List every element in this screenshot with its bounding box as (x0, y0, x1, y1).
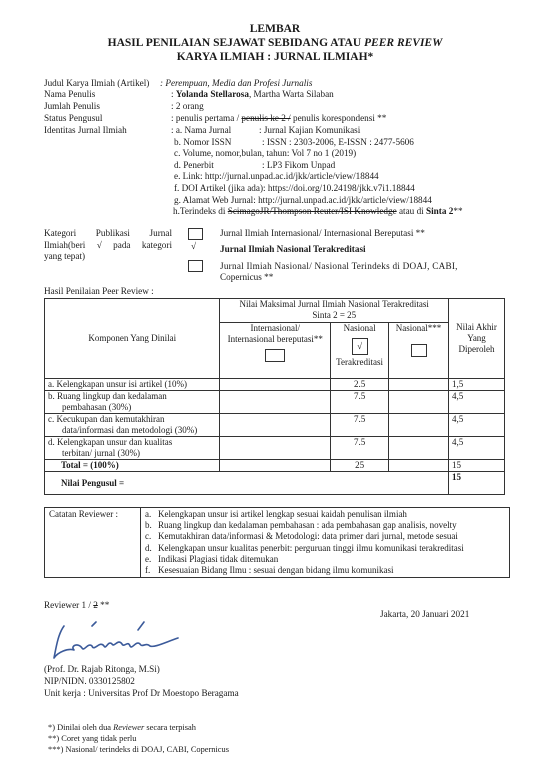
status-label: Status Pengusul (44, 113, 102, 125)
score-cell-nas: 7.5 (331, 437, 389, 460)
national-indexed-checkbox[interactable] (411, 344, 427, 357)
reviewer-nip: NIP/NIDN. 0330125802 (44, 676, 135, 688)
component-cell: d. Kelengkapan unsur dan kualitasterbita… (45, 437, 220, 460)
reviewer-name: (Prof. Dr. Rajab Ritonga, M.Si) (44, 664, 160, 676)
score-cell-final: 1,5 (449, 379, 505, 391)
review-heading: Hasil Penilaian Peer Review : (44, 286, 154, 298)
category-option-international: Jurnal Ilmiah Internasional/ Internasion… (220, 228, 425, 240)
jurnal-label: Identitas Jurnal Ilmiah (44, 125, 127, 137)
header-final-score: Nilai AkhirYangDiperoleh (449, 299, 505, 379)
jurnal-identity-value: : https://doi.org/10.24198/jkk.v7i1.1884… (263, 183, 415, 195)
footnote-1: *) Dinilai oleh dua Reviewer secara terp… (48, 723, 196, 734)
jurnal-identity-value: : Vol 7 no 1 (2019) (287, 148, 356, 160)
penulis-label: Nama Penulis (44, 89, 95, 101)
reviewer-unit: Unit kerja : Universitas Prof Dr Moestop… (44, 688, 239, 700)
jurnal-identity-value: : LP3 Fikom Unpad (262, 160, 335, 172)
jurnal-identity-key: c. Volume, nomor,bulan, tahun (171, 148, 287, 160)
footnote-2: **) Coret yang tidak perlu (48, 734, 136, 745)
category-option-national-accredited: Jurnal Ilmiah Nasional Terakreditasi (220, 244, 366, 256)
header-national-indexed: Nasional*** (389, 323, 449, 379)
status-value: : penulis pertama / penulis ke 2 / penul… (171, 113, 386, 125)
jurnal-identity-key: e. Link (171, 171, 200, 183)
footnote-3: ***) Nasional/ terindeks di DOAJ, CABI, … (48, 745, 229, 756)
header-component: Komponen Yang Dinilai (45, 299, 220, 379)
intl-checkbox[interactable] (265, 349, 285, 362)
jurnal-identity-key: g. Alamat Web Jurnal (171, 195, 253, 207)
category-checkbox-national-indexed[interactable] (188, 259, 203, 277)
score-cell-nas3 (389, 414, 449, 437)
jurnal-identity-item: d. Penerbit: LP3 Fikom Unpad (171, 160, 432, 172)
place-date: Jakarta, 20 Januari 2021 (380, 609, 469, 621)
jurnal-identity-item: e. Link : http://jurnal.unpad.ac.id/jkk/… (171, 171, 432, 183)
header-national: Nasional√Terakreditasi (331, 323, 389, 379)
score-cell-nas3 (389, 437, 449, 460)
note-item: d.Kelengkapan unsur kualitas penerbit: p… (145, 543, 505, 554)
jurnal-identity-value: : http://jurnal.unpad.ac.id/jkk/article/… (253, 195, 432, 207)
component-cell: b. Ruang lingkup dan kedalamanpembahasan… (45, 391, 220, 414)
category-option-national-indexed: Jurnal Ilmiah Nasional/ Nasional Terinde… (220, 261, 458, 273)
score-cell-nas: 2.5 (331, 379, 389, 391)
doc-title-line2: HASIL PENILAIAN SEJAWAT SEBIDANG ATAU PE… (0, 36, 550, 50)
score-cell-intl (220, 437, 331, 460)
jurnal-identity-key: : a. Nama Jurnal (171, 125, 259, 137)
score-cell-nas: 7.5 (331, 414, 389, 437)
category-check-national-accredited[interactable]: √ (191, 241, 196, 253)
signature-image (50, 618, 185, 663)
reviewer-number: Reviewer 1 / 2 ** (44, 600, 109, 612)
national-checkbox[interactable]: √ (352, 338, 368, 355)
jurnal-identity-item: : a. Nama Jurnal: Jurnal Kajian Komunika… (171, 125, 432, 137)
penulis-value: : Yolanda Stellarosa, Martha Warta Silab… (171, 89, 334, 101)
note-item: a.Kelengkapan unsur isi artikel lengkap … (145, 509, 505, 520)
score-cell-intl (220, 414, 331, 437)
score-cell-intl (220, 391, 331, 414)
score-cell-nas3 (389, 391, 449, 414)
component-cell: c. Kecukupan dan kemutakhirandata/inform… (45, 414, 220, 437)
jurnal-identity-item: f. DOI Artikel (jika ada): https://doi.o… (171, 183, 432, 195)
doc-title-line3: KARYA ILMIAH : JURNAL ILMIAH* (0, 50, 550, 64)
jurnal-identity-key: f. DOI Artikel (jika ada) (171, 183, 263, 195)
jumlah-label: Jumlah Penulis (44, 101, 100, 113)
header-max-score: Nilai Maksimal Jurnal Ilmiah Nasional Te… (220, 299, 449, 323)
category-option-national-indexed-2: Copernicus ** (220, 272, 273, 284)
component-cell: a. Kelengkapan unsur isi artikel (10%) (45, 379, 220, 391)
indexed-line: h.Terindeks di ScimagoJR/Thompson Reuter… (173, 206, 463, 218)
note-item: b.Ruang lingkup dan kedalaman pembahasan… (145, 520, 505, 531)
jurnal-identity-key: d. Penerbit (171, 160, 262, 172)
total-label: Total = (100%) (45, 460, 220, 472)
jurnal-identity-value: : ISSN : 2303-2006, E-ISSN : 2477-5606 (262, 137, 414, 149)
table-row: c. Kecukupan dan kemutakhirandata/inform… (45, 414, 505, 437)
judul-value: : Perempuan, Media dan Profesi Jurnalis (160, 78, 312, 90)
jurnal-identity-item: c. Volume, nomor,bulan, tahun: Vol 7 no … (171, 148, 432, 160)
table-row: b. Ruang lingkup dan kedalamanpembahasan… (45, 391, 505, 414)
note-item: c.Kemutakhiran data/informasi & Metodolo… (145, 531, 505, 542)
table-row: a. Kelengkapan unsur isi artikel (10%)2.… (45, 379, 505, 391)
jurnal-identity-key: b. Nomor ISSN (171, 137, 262, 149)
total-final: 15 (449, 460, 505, 472)
peer-review-table: Komponen Yang Dinilai Nilai Maksimal Jur… (44, 298, 505, 495)
doc-title-line1: LEMBAR (0, 22, 550, 36)
score-cell-final: 4,5 (449, 437, 505, 460)
nilai-pengusul-value: 15 (449, 472, 505, 495)
score-cell-final: 4,5 (449, 391, 505, 414)
notes-label: Catatan Reviewer : (45, 508, 141, 578)
category-label: KategoriPublikasiJurnal Ilmiah(beri√pada… (44, 228, 172, 263)
reviewer-notes-table: Catatan Reviewer : a.Kelengkapan unsur i… (44, 507, 510, 578)
notes-list: a.Kelengkapan unsur isi artikel lengkap … (145, 509, 505, 576)
judul-label: Judul Karya Ilmiah (Artikel) (44, 78, 149, 90)
score-cell-nas: 7.5 (331, 391, 389, 414)
nilai-pengusul-label: Nilai Pengusul = (45, 472, 449, 495)
header-international: Internasional/Internasional bereputasi** (220, 323, 331, 379)
jurnal-identity-list: : a. Nama Jurnal: Jurnal Kajian Komunika… (171, 125, 432, 206)
score-cell-final: 4,5 (449, 414, 505, 437)
jurnal-identity-item: b. Nomor ISSN: ISSN : 2303-2006, E-ISSN … (171, 137, 432, 149)
score-cell-nas3 (389, 379, 449, 391)
jumlah-value: : 2 orang (171, 101, 204, 113)
table-row: d. Kelengkapan unsur dan kualitasterbita… (45, 437, 505, 460)
note-item: e.Indikasi Plagiasi tidak ditemukan (145, 554, 505, 565)
total-national: 25 (331, 460, 389, 472)
score-cell-intl (220, 379, 331, 391)
jurnal-identity-value: : http://jurnal.unpad.ac.id/jkk/article/… (200, 171, 379, 183)
jurnal-identity-value: : Jurnal Kajian Komunikasi (259, 125, 360, 137)
note-item: f.Kesesuaian Bidang Ilmu : sesuai dengan… (145, 565, 505, 576)
jurnal-identity-item: g. Alamat Web Jurnal: http://jurnal.unpa… (171, 195, 432, 207)
